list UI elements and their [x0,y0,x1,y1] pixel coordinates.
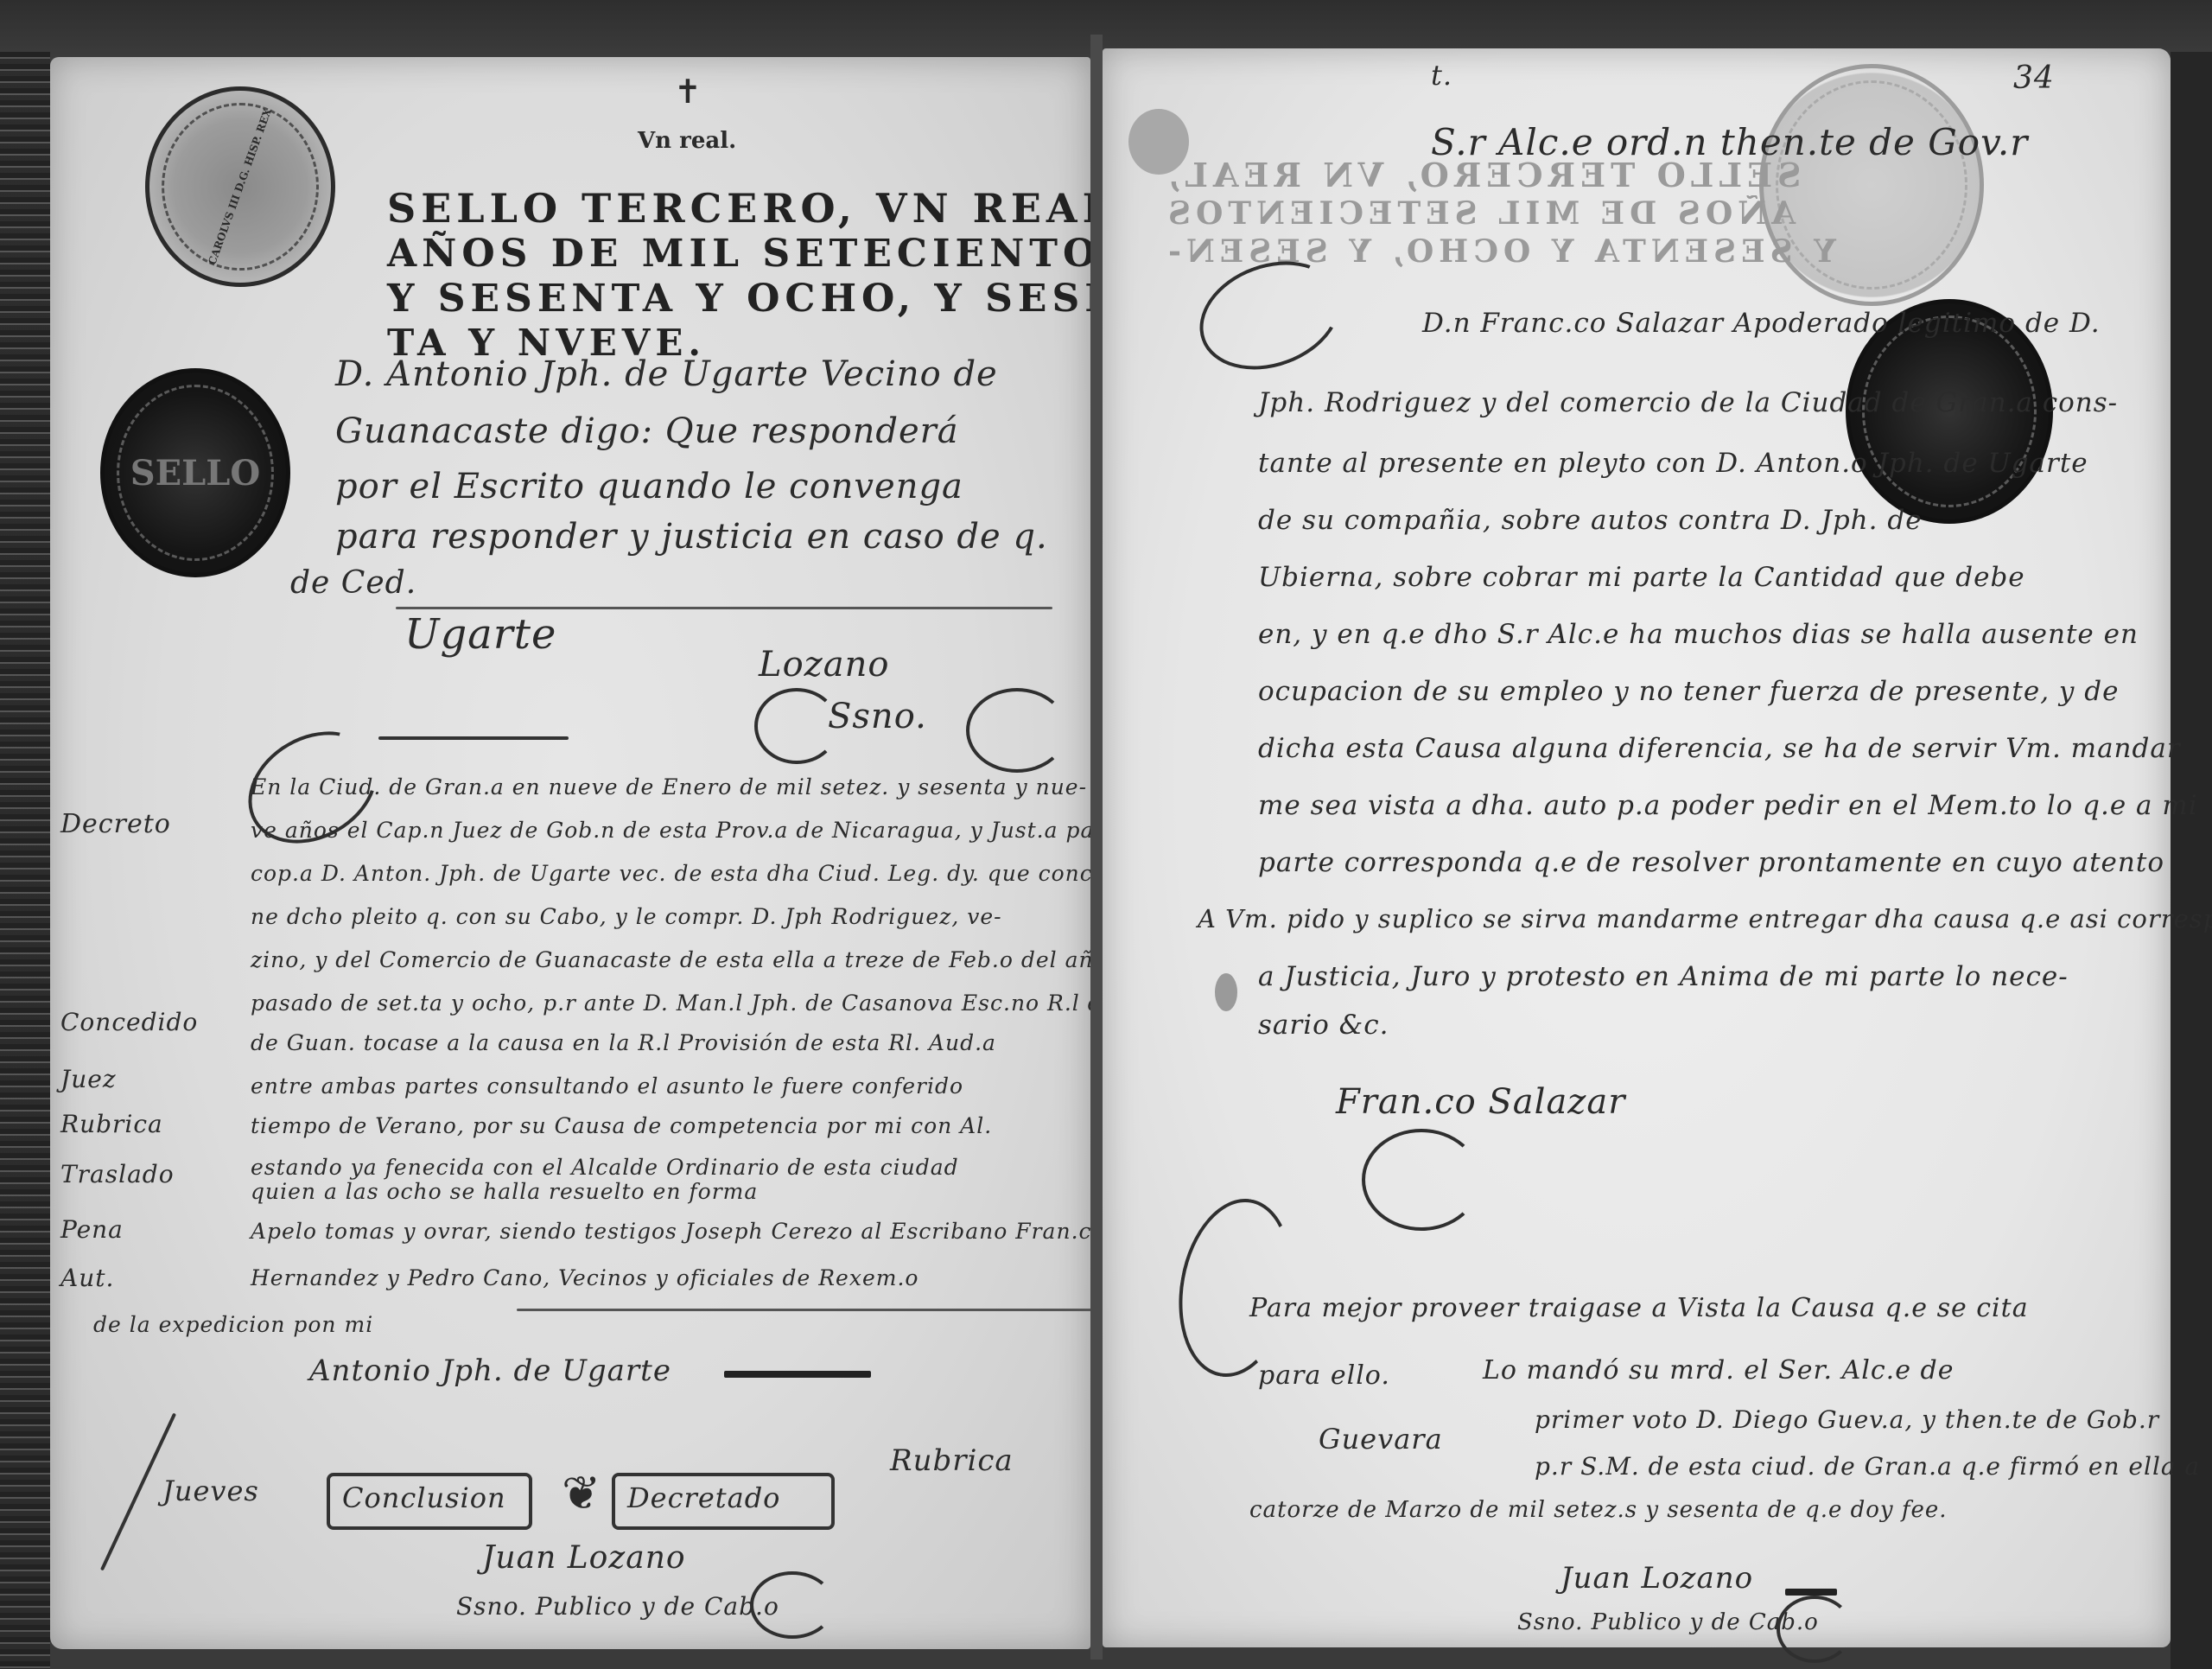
boxed-word-2: Decretado [612,1473,835,1530]
signature-ugarte: Ugarte [404,610,556,659]
signature-lozano: Lozano [759,645,889,685]
signature-ssno: Ssno. [828,697,927,736]
address-heading: S.r Alc.e ord.n then.te de Gov.r [1431,121,2028,163]
book-edge-right [2171,52,2212,1669]
top-mark: t. [1431,59,1452,92]
signature-underline [724,1371,871,1378]
signature-flourish [1362,1129,1481,1231]
book-edge-left [0,52,50,1669]
rubric-knot-icon: ❦ [562,1466,601,1520]
signature-antonio-ugarte: Antonio Jph. de Ugarte [309,1354,671,1388]
boxed-word-1: Conclusion [327,1473,532,1530]
notary-rubric-bottom [750,1571,835,1639]
wax-seal: SELLO [100,368,290,577]
folio-number: 34 [2013,61,2055,96]
rubric-bar [1785,1589,1837,1596]
notary-signature-title: Ssno. Publico y de Cab.o [1517,1609,1819,1635]
cross-mark: ✝ [674,73,702,111]
stamp-price: Vn real. [638,128,736,154]
notary-rubric [966,688,1068,773]
separator-line [396,607,1052,609]
signature-rule [378,736,569,740]
left-page: ✝ Vn real. CAROLVS III D.G. HISP. REX SE… [50,57,1090,1649]
decree-margin-signature: Guevara [1319,1423,1443,1456]
notary-signature-title: Ssno. Publico y de Cab.o [456,1592,779,1621]
book-gutter [1090,35,1103,1659]
decree-initial-flourish [1166,1189,1306,1386]
separator-line-2 [517,1309,1113,1311]
flourish [754,688,839,764]
notary-rubric-right [1777,1596,1853,1663]
ink-blot [1215,973,1237,1011]
signature-rubrica: Rubrica [890,1443,1014,1478]
right-page: t. 34 SELLO TERCERO, VN REAL, AÑOS DE MI… [1103,48,2171,1647]
signature-bottom-left: Jueves [162,1475,259,1507]
notary-signature-name: Juan Lozano [1560,1561,1753,1596]
royal-stamp-seal: CAROLVS III D.G. HISP. REX [145,86,335,287]
signature-salazar: Fran.co Salazar [1336,1082,1625,1122]
notary-signature-name: Juan Lozano [482,1540,686,1576]
